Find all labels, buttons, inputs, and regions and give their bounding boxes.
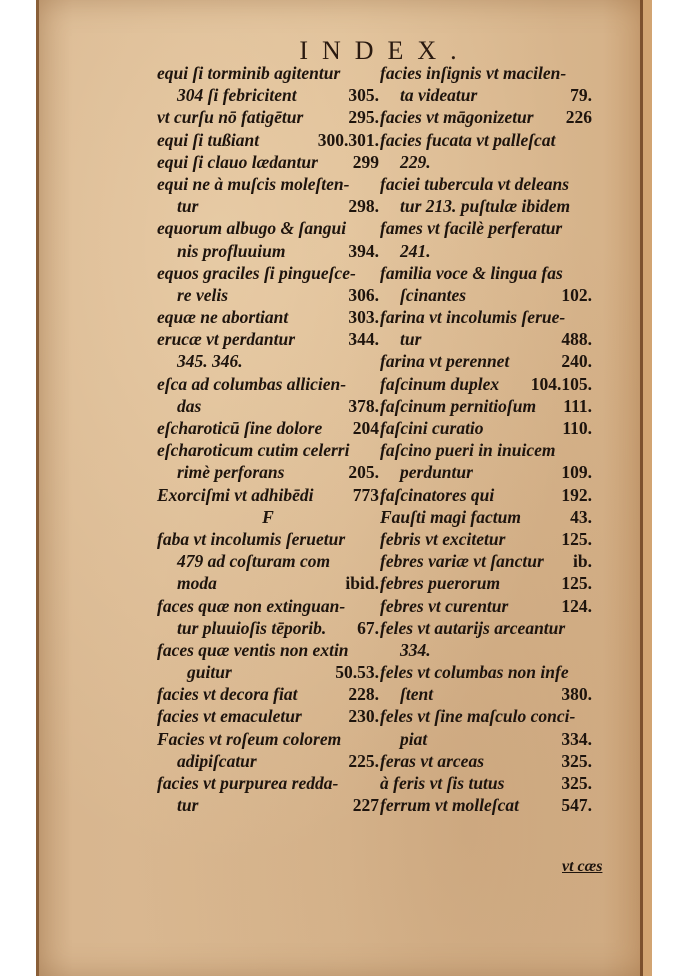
entry-page-number: 295. <box>348 106 379 128</box>
entry-text: tur 213. puſtulæ ibidem <box>380 195 570 217</box>
entry-text: Exorciſmi vt adhibēdi <box>157 484 314 506</box>
entry-page-number: 298. <box>348 195 379 217</box>
entry-text: equi ſi torminib agitentur <box>157 62 340 84</box>
index-entry: faſcini curatio110. <box>380 417 592 439</box>
entry-text: 345. 346. <box>157 350 243 372</box>
entry-page-number: ibid. <box>345 572 379 594</box>
entry-text: eſca ad columbas allicien- <box>157 373 346 395</box>
entry-page-number: 394. <box>348 240 379 262</box>
entry-text: equi ne à muſcis moleſten- <box>157 173 349 195</box>
entry-text: feles vt autarijs arceantur <box>380 617 565 639</box>
entry-page-number: 230. <box>348 705 379 727</box>
entry-text: tur <box>380 328 421 350</box>
entry-text: nis profluuium <box>157 240 285 262</box>
entry-text: Facies vt roſeum colorem <box>157 728 341 750</box>
index-entry: Fauſti magi factum43. <box>380 506 592 528</box>
entry-page-number: 306. <box>348 284 379 306</box>
entry-page-number: 380. <box>561 683 592 705</box>
entry-page-number: 773 <box>353 484 379 506</box>
index-entry: equi ſi torminib agitentur <box>157 62 379 84</box>
entry-text: ſtent <box>380 683 433 705</box>
entry-page-number: 205. <box>348 461 379 483</box>
entry-page-number: 109. <box>561 461 592 483</box>
entry-text: equos graciles ſi pingueſce- <box>157 262 356 284</box>
entry-text: re velis <box>157 284 228 306</box>
entry-text: perduntur <box>380 461 473 483</box>
index-entry: feras vt arceas325. <box>380 750 592 772</box>
entry-text: piat <box>380 728 427 750</box>
entry-text: erucæ vt perdantur <box>157 328 295 350</box>
entry-page-number: 299 <box>353 151 379 173</box>
entry-page-number: 378. <box>348 395 379 417</box>
entry-page-number: 325. <box>561 750 592 772</box>
index-entry: facies fucata vt palleſcat <box>380 129 592 151</box>
index-entry: equi ne à muſcis moleſten- <box>157 173 379 195</box>
index-entry: feles vt autarijs arceantur <box>380 617 592 639</box>
entry-text: facies inſignis vt macilen- <box>380 62 566 84</box>
entry-text: moda <box>157 572 217 594</box>
index-entry: equorum albugo & ſangui <box>157 217 379 239</box>
entry-text: faſcino pueri in inuicem <box>380 439 556 461</box>
index-entry: tur298. <box>157 195 379 217</box>
index-entry: 479 ad coſturam com <box>157 550 379 572</box>
entry-text: faſcinum pernitioſum <box>380 395 536 417</box>
entry-page-number: 111. <box>563 395 592 417</box>
entry-page-number: 110. <box>562 417 592 439</box>
index-entry: nis profluuium394. <box>157 240 379 262</box>
entry-text: adipiſcatur <box>157 750 257 772</box>
index-entry: faces quæ non extinguan- <box>157 595 379 617</box>
entry-text: facies vt emaculetur <box>157 705 302 727</box>
entry-page-number: 124. <box>561 595 592 617</box>
entry-text: eſcharoticū ſine dolore <box>157 417 322 439</box>
index-entry: adipiſcatur225. <box>157 750 379 772</box>
index-entry: 345. 346. <box>157 350 379 372</box>
index-entry: ſtent380. <box>380 683 592 705</box>
entry-page-number: 344. <box>348 328 379 350</box>
index-entry: equi ſi clauo lædantur299 <box>157 151 379 173</box>
index-entry: facies vt māgonizetur226 <box>380 106 592 128</box>
index-entry: faſcino pueri in inuicem <box>380 439 592 461</box>
entry-text: 479 ad coſturam com <box>157 550 330 572</box>
page-margin-right <box>643 0 652 976</box>
entry-text: tur <box>157 195 198 217</box>
entry-text: ſcinantes <box>380 284 466 306</box>
index-entry: das378. <box>157 395 379 417</box>
entry-text: feles vt columbas non infe <box>380 661 569 683</box>
entry-text: familia voce & lingua fas <box>380 262 563 284</box>
index-column-right: facies inſignis vt macilen-ta videatur79… <box>380 62 592 816</box>
entry-page-number: 204 <box>353 417 379 439</box>
entry-text: facies vt decora fiat <box>157 683 297 705</box>
entry-text: febres variæ vt ſanctur <box>380 550 544 572</box>
index-entry: fames vt facilè perferatur <box>380 217 592 239</box>
entry-text: à feris vt ſis tutus <box>380 772 504 794</box>
index-entry: faciei tubercula vt deleans <box>380 173 592 195</box>
entry-page-number: 334. <box>561 728 592 750</box>
entry-text: 229. <box>380 151 431 173</box>
index-entry: piat334. <box>380 728 592 750</box>
entry-text: eſcharoticum cutim celerri <box>157 439 349 461</box>
entry-text: farina vt incolumis ſerue- <box>380 306 565 328</box>
index-entry: tur227 <box>157 794 379 816</box>
entry-page-number: 102. <box>561 284 592 306</box>
index-entry: eſcharoticum cutim celerri <box>157 439 379 461</box>
index-entry: equos graciles ſi pingueſce- <box>157 262 379 284</box>
entry-text: F <box>262 506 274 528</box>
index-entry: tur pluuioſis tēporib.67. <box>157 617 379 639</box>
index-column-left: equi ſi torminib agitentur304 ſi febrici… <box>157 62 379 816</box>
index-entry: faſcinum pernitioſum111. <box>380 395 592 417</box>
entry-page-number: ib. <box>573 550 592 572</box>
entry-text: Fauſti magi factum <box>380 506 521 528</box>
entry-text: rimè perforans <box>157 461 284 483</box>
index-entry: faſcinum duplex104.105. <box>380 373 592 395</box>
index-entry: Exorciſmi vt adhibēdi773 <box>157 484 379 506</box>
entry-page-number: 225. <box>348 750 379 772</box>
index-entry: 334. <box>380 639 592 661</box>
entry-text: equorum albugo & ſangui <box>157 217 346 239</box>
index-entry: re velis306. <box>157 284 379 306</box>
entry-text: faba vt incolumis ſeruetur <box>157 528 345 550</box>
entry-page-number: 227 <box>353 794 379 816</box>
entry-text: ferrum vt molleſcat <box>380 794 519 816</box>
index-entry: faces quæ ventis non extin <box>157 639 379 661</box>
entry-text: febris vt excitetur <box>380 528 505 550</box>
index-entry: faba vt incolumis ſeruetur <box>157 528 379 550</box>
entry-text: facies vt māgonizetur <box>380 106 534 128</box>
index-entry: modaibid. <box>157 572 379 594</box>
entry-text: facies vt purpurea redda- <box>157 772 338 794</box>
entry-text: farina vt perennet <box>380 350 509 372</box>
entry-text: faces quæ ventis non extin <box>157 639 349 661</box>
entry-page-number: 50.53. <box>335 661 379 683</box>
entry-page-number: 43. <box>570 506 592 528</box>
index-entry: familia voce & lingua fas <box>380 262 592 284</box>
index-entry: equi ſi tußiant300.301. <box>157 129 379 151</box>
index-entry: farina vt perennet240. <box>380 350 592 372</box>
entry-page-number: 125. <box>561 572 592 594</box>
index-entry: 241. <box>380 240 592 262</box>
entry-text: 334. <box>380 639 431 661</box>
index-entry: F <box>157 506 379 528</box>
entry-page-number: 79. <box>570 84 592 106</box>
index-entry: eſca ad columbas allicien- <box>157 373 379 395</box>
index-entry: febres variæ vt ſancturib. <box>380 550 592 572</box>
index-entry: facies inſignis vt macilen- <box>380 62 592 84</box>
entry-text: feras vt arceas <box>380 750 484 772</box>
page-edge-right <box>640 0 643 976</box>
entry-text: febres puerorum <box>380 572 500 594</box>
index-entry: eſcharoticū ſine dolore204 <box>157 417 379 439</box>
entry-text: faſcini curatio <box>380 417 484 439</box>
entry-page-number: 305. <box>348 84 379 106</box>
entry-text: febres vt curentur <box>380 595 508 617</box>
index-entry: facies vt purpurea redda- <box>157 772 379 794</box>
entry-text: faces quæ non extinguan- <box>157 595 345 617</box>
index-entry: rimè perforans205. <box>157 461 379 483</box>
entry-text: equi ſi clauo lædantur <box>157 151 318 173</box>
index-entry: 229. <box>380 151 592 173</box>
index-entry: ta videatur79. <box>380 84 592 106</box>
index-entry: Facies vt roſeum colorem <box>157 728 379 750</box>
entry-page-number: 325. <box>561 772 592 794</box>
index-entry: 304 ſi febricitent305. <box>157 84 379 106</box>
entry-text: faciei tubercula vt deleans <box>380 173 569 195</box>
entry-page-number: 488. <box>561 328 592 350</box>
index-entry: equæ ne abortiant303. <box>157 306 379 328</box>
entry-text: feles vt ſine maſculo conci- <box>380 705 575 727</box>
index-entry: perduntur109. <box>380 461 592 483</box>
entry-page-number: 67. <box>357 617 379 639</box>
entry-text: fames vt facilè perferatur <box>380 217 562 239</box>
index-entry: guitur50.53. <box>157 661 379 683</box>
entry-page-number: 192. <box>561 484 592 506</box>
index-entry: feles vt ſine maſculo conci- <box>380 705 592 727</box>
entry-text: equæ ne abortiant <box>157 306 288 328</box>
index-entry: farina vt incolumis ſerue- <box>380 306 592 328</box>
entry-page-number: 228. <box>348 683 379 705</box>
entry-text: 304 ſi febricitent <box>157 84 297 106</box>
entry-page-number: 226 <box>566 106 592 128</box>
entry-text: facies fucata vt palleſcat <box>380 129 555 151</box>
index-entry: faſcinatores qui192. <box>380 484 592 506</box>
entry-text: das <box>157 395 201 417</box>
index-entry: febris vt excitetur125. <box>380 528 592 550</box>
entry-page-number: 303. <box>348 306 379 328</box>
entry-text: ta videatur <box>380 84 477 106</box>
entry-text: vt curſu nō fatigētur <box>157 106 303 128</box>
index-entry: à feris vt ſis tutus325. <box>380 772 592 794</box>
entry-text: tur <box>157 794 198 816</box>
entry-text: faſcinum duplex <box>380 373 499 395</box>
entry-text: 241. <box>380 240 431 262</box>
index-entry: facies vt emaculetur230. <box>157 705 379 727</box>
index-entry: feles vt columbas non infe <box>380 661 592 683</box>
entry-text: guitur <box>157 661 232 683</box>
index-entry: erucæ vt perdantur344. <box>157 328 379 350</box>
index-entry: febres vt curentur124. <box>380 595 592 617</box>
index-entry: febres puerorum125. <box>380 572 592 594</box>
entry-page-number: 547. <box>561 794 592 816</box>
index-entry: ſcinantes102. <box>380 284 592 306</box>
index-entry: facies vt decora fiat228. <box>157 683 379 705</box>
entry-text: equi ſi tußiant <box>157 129 259 151</box>
page-edge-left <box>36 0 39 976</box>
entry-page-number: 104.105. <box>531 373 592 395</box>
entry-page-number: 125. <box>561 528 592 550</box>
index-entry: vt curſu nō fatigētur295. <box>157 106 379 128</box>
entry-text: tur pluuioſis tēporib. <box>157 617 326 639</box>
entry-page-number: 300.301. <box>318 129 379 151</box>
index-entry: tur 213. puſtulæ ibidem <box>380 195 592 217</box>
entry-text: faſcinatores qui <box>380 484 494 506</box>
catchword: vt cæs <box>562 858 602 876</box>
entry-page-number: 240. <box>561 350 592 372</box>
index-entry: ferrum vt molleſcat547. <box>380 794 592 816</box>
index-entry: tur488. <box>380 328 592 350</box>
